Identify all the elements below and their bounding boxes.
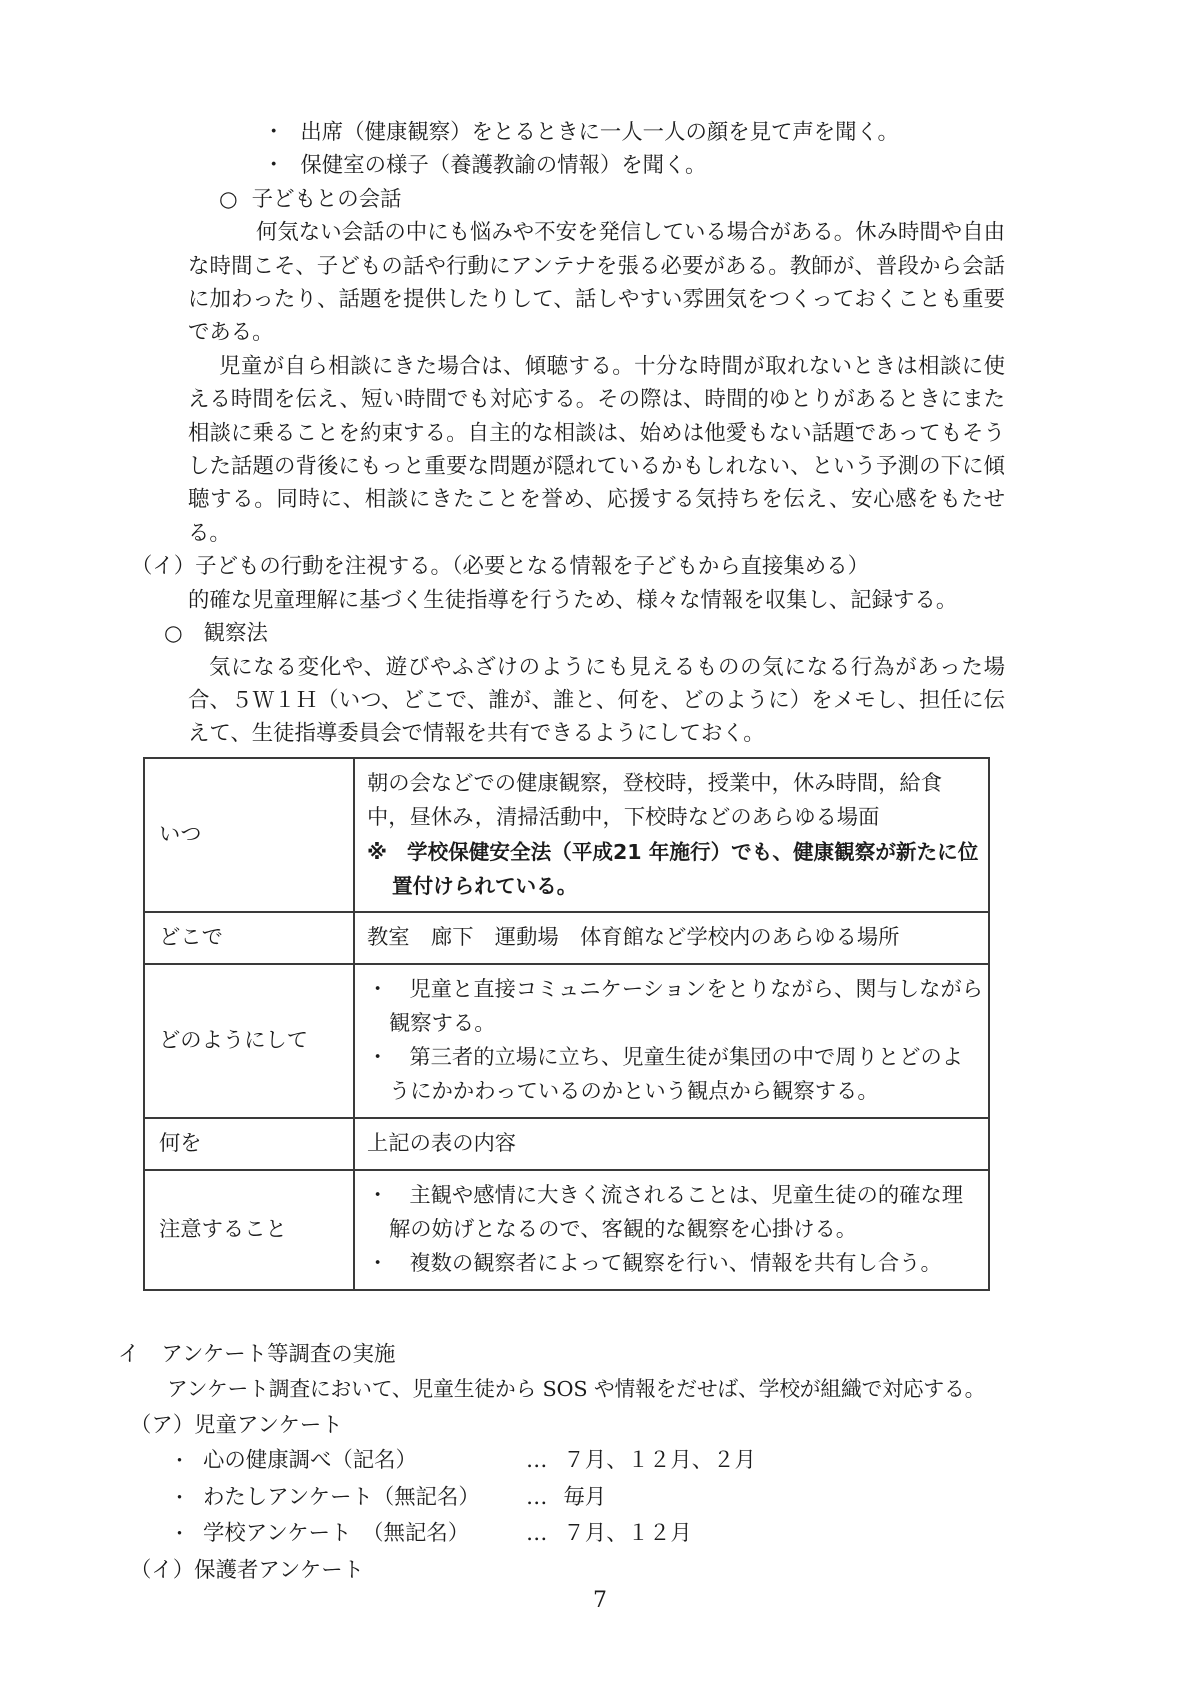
row-label: いつ — [144, 758, 354, 912]
bullet-text: 保健室の様子（養護教諭の情報）を聞く。 — [300, 153, 706, 178]
lead-watch-behavior: 的確な児童理解に基づく生徒指導を行うため、様々な情報を収集し、記録する。 — [188, 584, 1006, 617]
observation-table: いつ 朝の会などでの健康観察，登校時，授業中，休み時間，給食中，昼休み，清掃活動… — [143, 757, 990, 1291]
row-label: 何を — [144, 1118, 354, 1170]
ellipsis-separator: … — [526, 1516, 547, 1552]
when-note-text: 学校保健安全法（平成21 年施行）でも、健康観察が新たに位置付けられている。 — [392, 840, 978, 898]
table-row-what: 何を 上記の表の内容 — [144, 1118, 989, 1170]
survey-section: イアンケート等調査の実施 アンケート調査において、児童生徒から SOS や情報を… — [118, 1337, 1006, 1589]
section-heading-conversation: ○子どもとの会話 — [219, 183, 1006, 216]
list-item: ・保健室の様子（養護教諭の情報）を聞く。 — [263, 149, 1006, 182]
bullet-icon: ・ — [170, 1523, 189, 1545]
survey-section-heading: イアンケート等調査の実施 — [118, 1337, 1006, 1373]
bullet-icon: ・ — [263, 153, 284, 178]
survey-item-gakkou: ・学校アンケート （無記名）…７月、１２月 — [170, 1516, 1006, 1553]
row-content: ・主観や感情に大きく流されることは、児童生徒の的確な理解の妨げとなるので、客観的… — [354, 1170, 989, 1290]
section-title: 観察法 — [204, 621, 268, 646]
bullet-icon: ・ — [170, 1450, 189, 1472]
bullet-text: 主観や感情に大きく流されることは、児童生徒の的確な理解の妨げとなるので、客観的な… — [389, 1183, 963, 1242]
where-text: 教室 廊下 運動場 体育館など学校内のあらゆる場所 — [367, 921, 984, 955]
bullet-icon: ・ — [367, 1251, 388, 1276]
row-content: 教室 廊下 運動場 体育館など学校内のあらゆる場所 — [354, 912, 989, 964]
bullet-icon: ・ — [170, 1487, 189, 1509]
document-page: ・出席（健康観察）をとるときに一人一人の顔を見て声を聞く。 ・保健室の様子（養護… — [0, 0, 1200, 1697]
row-content: 上記の表の内容 — [354, 1118, 989, 1170]
reference-mark-icon: ※ — [367, 840, 387, 864]
top-bullet-list: ・出席（健康観察）をとるときに一人一人の顔を見て声を聞く。 ・保健室の様子（養護… — [263, 116, 1006, 183]
survey-item-name: 心の健康調べ（記名） — [203, 1443, 526, 1479]
survey-item-name: 学校アンケート （無記名） — [203, 1516, 526, 1552]
survey-lead: アンケート調査において、児童生徒から SOS や情報をだせば、学校が組織で対応す… — [167, 1372, 1006, 1408]
caution-bullet-2: ・複数の観察者によって観察を行い、情報を共有し合う。 — [367, 1247, 984, 1281]
table-row-how: どのようにして ・児童と直接コミュニケーションをとりながら、関与しながら観察する… — [144, 964, 989, 1118]
heading-watch-behavior: （イ）子どもの行動を注視する。（必要となる情報を子どもから直接集める） — [131, 550, 1006, 583]
how-bullet-2: ・第三者的立場に立ち、児童生徒が集団の中で周りとどのようにかかわっているのかとい… — [367, 1041, 984, 1109]
bullet-text: 児童と直接コミュニケーションをとりながら、関与しながら観察する。 — [389, 977, 983, 1036]
bullet-icon: ・ — [367, 1045, 388, 1070]
survey-item-timing: ７月、１２月、２月 — [563, 1448, 756, 1473]
table-row-where: どこで 教室 廊下 運動場 体育館など学校内のあらゆる場所 — [144, 912, 989, 964]
survey-item-watashi: ・わたしアンケート（無記名）…毎月 — [170, 1480, 1006, 1517]
bullet-text: 第三者的立場に立ち、児童生徒が集団の中で周りとどのようにかかわっているのかという… — [389, 1045, 963, 1104]
document-content: ・出席（健康観察）をとるときに一人一人の顔を見て声を聞く。 ・保健室の様子（養護… — [118, 116, 1006, 1588]
table-row-caution: 注意すること ・主観や感情に大きく流されることは、児童生徒の的確な理解の妨げとな… — [144, 1170, 989, 1290]
katakana-i-marker: イ — [118, 1342, 139, 1367]
section-title: 子どもとの会話 — [252, 187, 402, 212]
parent-survey-heading: （イ）保護者アンケート — [130, 1553, 1006, 1589]
row-label: 注意すること — [144, 1170, 354, 1290]
bullet-icon: ・ — [367, 977, 388, 1002]
ellipsis-separator: … — [526, 1480, 547, 1516]
survey-item-timing: 毎月 — [563, 1485, 606, 1510]
list-item: ・出席（健康観察）をとるときに一人一人の顔を見て声を聞く。 — [263, 116, 1006, 149]
circle-marker-icon: ○ — [219, 187, 238, 212]
survey-item-kokoro: ・心の健康調べ（記名）…７月、１２月、２月 — [170, 1443, 1006, 1480]
survey-item-timing: ７月、１２月 — [563, 1521, 691, 1546]
paragraph-conversation-2: 児童が自ら相談にきた場合は、傾聴する。十分な時間が取れないときは相談に使える時間… — [188, 350, 1005, 550]
bullet-icon: ・ — [367, 1183, 388, 1208]
ellipsis-separator: … — [526, 1443, 547, 1479]
page-number: 7 — [0, 1588, 1200, 1613]
section-heading-observation: ○観察法 — [164, 617, 1006, 650]
when-scenes-text: 朝の会などでの健康観察，登校時，授業中，休み時間，給食中，昼休み，清掃活動中，下… — [367, 767, 984, 835]
paragraph-conversation-1: 何気ない会話の中にも悩みや不安を発信している場合がある。休み時間や自由な時間こそ… — [188, 216, 1005, 350]
circle-marker-icon: ○ — [164, 621, 183, 646]
paragraph-observation: 気になる変化や、遊びやふざけのようにも見えるものの気になる行為があった場合、５Ｗ… — [188, 651, 1005, 751]
bullet-text: 出席（健康観察）をとるときに一人一人の顔を見て声を聞く。 — [300, 120, 899, 145]
caution-bullet-1: ・主観や感情に大きく流されることは、児童生徒の的確な理解の妨げとなるので、客観的… — [367, 1179, 984, 1247]
survey-item-name: わたしアンケート（無記名） — [203, 1480, 526, 1516]
row-content: ・児童と直接コミュニケーションをとりながら、関与しながら観察する。 ・第三者的立… — [354, 964, 989, 1118]
bullet-text: 複数の観察者によって観察を行い、情報を共有し合う。 — [409, 1251, 941, 1276]
how-bullet-1: ・児童と直接コミュニケーションをとりながら、関与しながら観察する。 — [367, 973, 984, 1041]
row-label: どこで — [144, 912, 354, 964]
child-survey-heading: （ア）児童アンケート — [130, 1408, 1006, 1444]
what-text: 上記の表の内容 — [367, 1127, 984, 1161]
bullet-icon: ・ — [263, 120, 284, 145]
survey-section-title: アンケート等調査の実施 — [161, 1342, 395, 1367]
when-note: ※学校保健安全法（平成21 年施行）でも、健康観察が新たに位置付けられている。 — [367, 835, 984, 903]
row-content: 朝の会などでの健康観察，登校時，授業中，休み時間，給食中，昼休み，清掃活動中，下… — [354, 758, 989, 912]
table-row-when: いつ 朝の会などでの健康観察，登校時，授業中，休み時間，給食中，昼休み，清掃活動… — [144, 758, 989, 912]
row-label: どのようにして — [144, 964, 354, 1118]
